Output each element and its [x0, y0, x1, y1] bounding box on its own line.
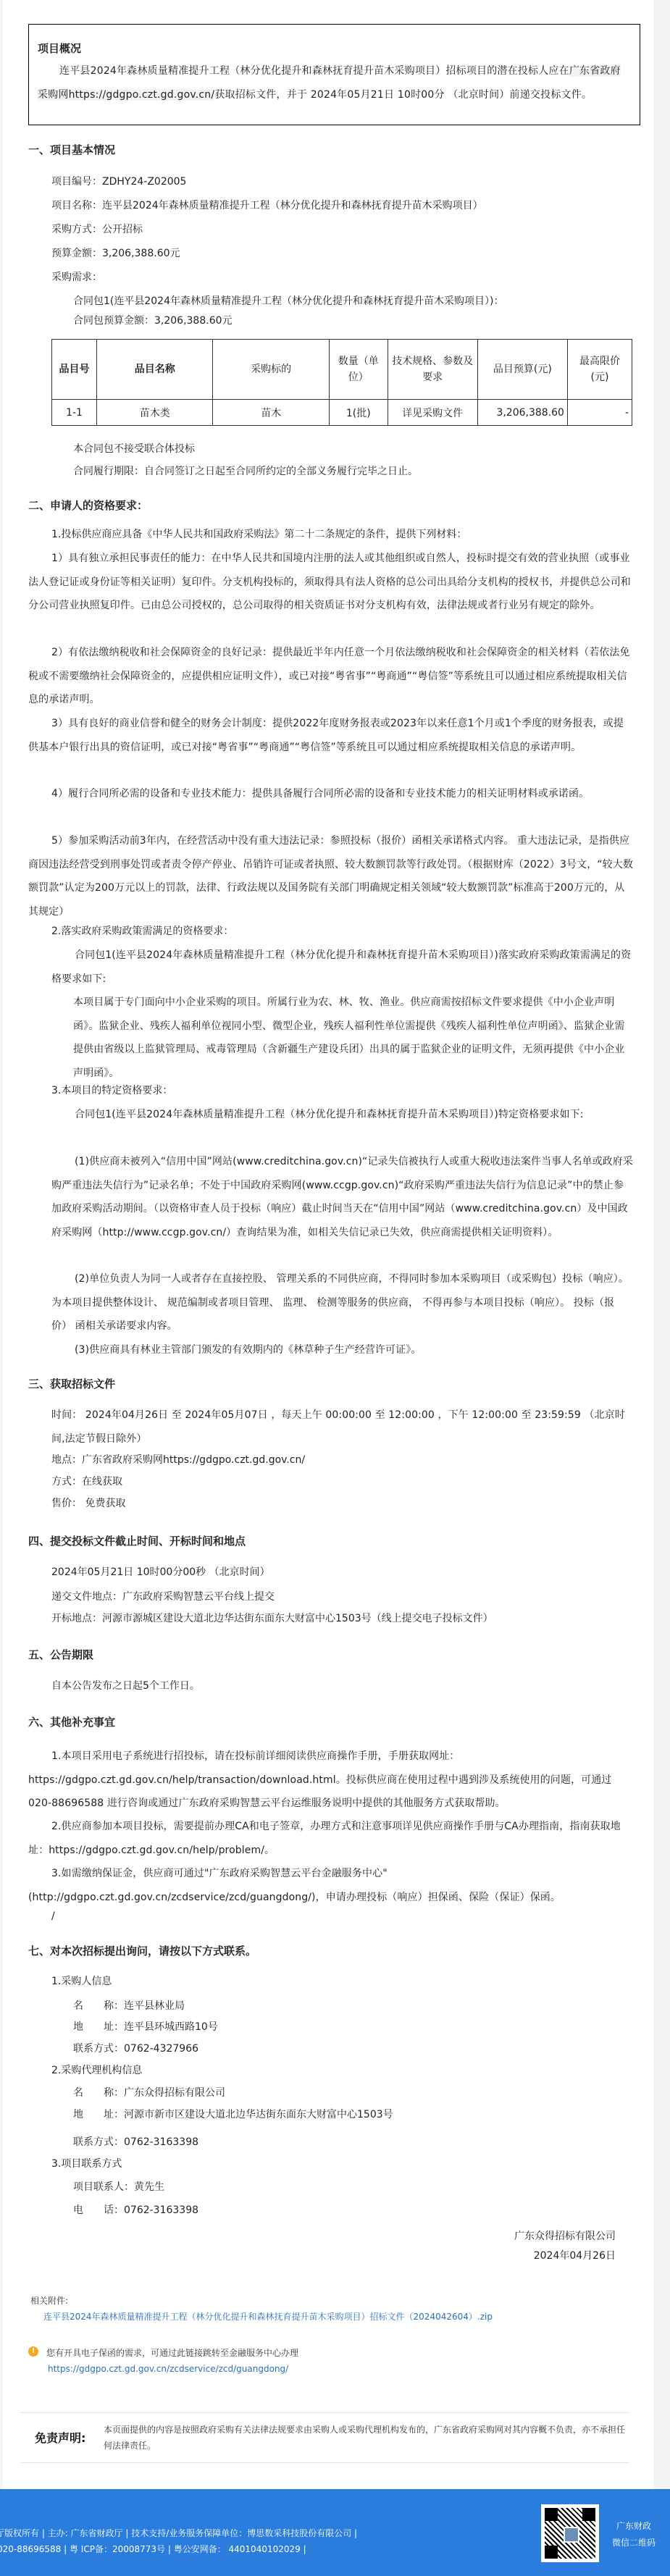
announcement-content: 项目概况 连平县2024年森林质量精准提升工程（林分优化提升和森林抚育提升苗木采… — [3, 0, 653, 2489]
qual-req-1-2: 2）有依法缴纳税收和社会保障资金的良好记录：提供最近半年内任意一个月依法缴纳税收… — [28, 641, 634, 712]
obtain-place: 地点：广东省政府采购网https://gdgpo.czt.gd.gov.cn/ — [51, 1452, 305, 1467]
qr-caption-line-2: 微信二维码 — [608, 2535, 659, 2551]
section-3-title: 三、获取招标文件 — [28, 1376, 115, 1391]
overview-text-a: 连平县2024年森林质量精准提升工程（林分优化提升和森林抚育提升苗木采购项目）招… — [59, 65, 569, 77]
cell-item-budget: 3,206,388.60 — [477, 400, 567, 426]
supplement-3: 3.如需缴纳保证金，供应商可通过"广东政府采购智慧云平台金融服务中心"(http… — [28, 1862, 634, 1909]
open-place: 开标地点：河源市源城区建设大道北边华达街东面东大财富中心1503号（线上提交电子… — [51, 1611, 493, 1625]
col-item-no: 品目号 — [52, 340, 97, 400]
cell-item-no: 1-1 — [52, 400, 97, 426]
footer-copyright: 厅版权所有 | 主办: 广东省财政厅 | 技术支持/业务服务保障单位：博思数采科… — [0, 2527, 357, 2539]
procurement-method: 采购方式：公开招标 — [51, 222, 143, 236]
agent-info-title: 2.采购代理机构信息 — [51, 2063, 142, 2077]
qual-req-3: 3.本项目的特定资格要求： — [51, 1083, 172, 1097]
disclaimer: 免责声明: 本页面提供的内容是按照政府采购有关法律法规要求由采购人或采购代理机构… — [20, 2412, 629, 2463]
col-spec: 技术规格、参数及要求 — [388, 340, 477, 400]
col-target: 采购标的 — [213, 340, 329, 400]
qual-req-2-text: 本项目属于专门面向中小企业采购的项目。所属行业为农、林、牧、渔业。供应商需按招标… — [73, 991, 634, 1085]
cell-max-price: - — [567, 400, 632, 426]
footer-icp: 020-88696588 | 粤 ICP备：20008773号 | 粤公安网备：… — [0, 2543, 306, 2555]
qr-code-icon — [545, 2508, 595, 2559]
budget-amount: 预算金额：3,206,388.60元 — [51, 246, 180, 260]
section-6-title: 六、其他补充事宜 — [28, 1714, 115, 1729]
buyer-info-title: 1.采购人信息 — [51, 1973, 112, 1988]
page: 项目概况 连平县2024年森林质量精准提升工程（林分优化提升和森林抚育提升苗木采… — [0, 0, 670, 2576]
qr-caption: 广东财政 微信二维码 — [608, 2518, 659, 2551]
finance-service-link[interactable]: https://gdgpo.czt.gd.gov.cn/zcdservice/z… — [48, 2364, 288, 2374]
supplement-slash: / — [51, 1910, 55, 1922]
col-max-price: 最高限价(元) — [567, 340, 632, 400]
e-guarantee-notice: 您有开具电子保函的需求，可通过此链接跳转至金融服务中心办理 — [46, 2346, 298, 2359]
section-7-title: 七、对本次招标提出询问，请按以下方式联系。 — [28, 1943, 256, 1958]
cell-target: 苗木 — [213, 400, 329, 426]
agent-address: 地 址：河源市新市区建设大道北边华达街东面东大财富中心1503号 — [73, 2107, 393, 2121]
project-number: 项目编号：ZDHY24-Z02005 — [51, 174, 186, 188]
qual-req-1-1: 1）具有独立承担民事责任的能力：在中华人民共和国境内注册的法人或其他组织或自然人… — [28, 547, 634, 618]
items-table: 品目号 品目名称 采购标的 数量（单位） 技术规格、参数及要求 品目预算(元) … — [51, 339, 632, 426]
attachments-label: 相关附件: — [30, 2294, 68, 2307]
section-1-title: 一、项目基本情况 — [28, 142, 115, 157]
contract-term: 合同履行期限：自合同签订之日起至合同所约定的全部义务履行完毕之日止。 — [73, 463, 418, 478]
site-footer: 厅版权所有 | 主办: 广东省财政厅 | 技术支持/业务服务保障单位：博思数采科… — [0, 2489, 670, 2576]
cell-item-name: 苗木类 — [97, 400, 213, 426]
qual-req-3-3: (3)供应商具有林业主管部门颁发的有效期内的《林草种子生产经营许可证》。 — [51, 1338, 634, 1362]
project-contact-title: 3.项目联系方式 — [51, 2156, 122, 2170]
supplement-2: 2.供应商参加本项目投标，需要提前办理CA和电子签章，办理方式和注意事项详见供应… — [28, 1815, 634, 1862]
buyer-name: 名 称：连平县林业局 — [73, 1998, 185, 2013]
project-contact-phone: 电 话：0762-3163398 — [73, 2202, 198, 2217]
qual-req-1-3: 3）具有良好的商业信誉和健全的财务会计制度：提供2022年度财务报表或2023年… — [28, 712, 634, 759]
obtain-price: 售价： 免费获取 — [51, 1495, 125, 1510]
obtain-method: 方式：在线获取 — [51, 1474, 122, 1488]
section-4-title: 四、提交投标文件截止时间、开标时间和地点 — [28, 1533, 246, 1548]
announcement-period: 自本公告发布之日起5个工作日。 — [51, 1678, 200, 1692]
table-row: 1-1 苗木类 苗木 1(批) 详见采购文件 3,206,388.60 - — [52, 400, 632, 426]
cell-spec: 详见采购文件 — [388, 400, 477, 426]
disclaimer-title: 免责声明: — [35, 2429, 85, 2446]
package-budget: 合同包预算金额：3,206,388.60元 — [73, 313, 233, 327]
qual-req-3-1: (1)供应商未被列入“信用中国”网站(www.creditchina.gov.c… — [51, 1150, 634, 1244]
qual-req-3-package: 合同包1(连平县2024年森林质量精准提升工程（林分优化提升和森林抚育提升苗木采… — [51, 1103, 634, 1127]
project-contact-person: 项目联系人：黄先生 — [73, 2179, 164, 2194]
overview-text: 连平县2024年森林质量精准提升工程（林分优化提升和森林抚育提升苗木采购项目）招… — [38, 59, 631, 107]
col-item-name: 品目名称 — [97, 340, 213, 400]
table-header-row: 品目号 品目名称 采购标的 数量（单位） 技术规格、参数及要求 品目预算(元) … — [52, 340, 632, 400]
col-item-budget: 品目预算(元) — [477, 340, 567, 400]
qual-req-2-package: 合同包1(连平县2024年森林质量精准提升工程（林分优化提升和森林抚育提升苗木采… — [51, 944, 634, 991]
project-overview-box: 项目概况 连平县2024年森林质量精准提升工程（林分优化提升和森林抚育提升苗木采… — [28, 24, 640, 125]
wechat-qr-code — [541, 2504, 599, 2562]
overview-text-c: 获取招标文件，并于 2024年05月21日 10时00分 （北京时间）前递交投标… — [214, 89, 592, 101]
qual-req-1-4: 4）履行合同所必需的设备和专业技术能力：提供具备履行合同所必需的设备和专业技术能… — [28, 782, 634, 806]
qual-req-3-2: (2)单位负责人为同一人或者存在直接控股、 管理关系的不同供应商，不得同时参加本… — [51, 1267, 634, 1338]
signature-org: 广东众得招标有限公司 — [514, 2228, 616, 2243]
procurement-demand: 采购需求： — [51, 269, 102, 284]
overview-title: 项目概况 — [38, 41, 631, 56]
cell-quantity: 1(批) — [329, 400, 388, 426]
agent-name: 名 称：广东众得招标有限公司 — [73, 2085, 225, 2099]
qr-caption-line-1: 广东财政 — [608, 2518, 659, 2535]
contract-package: 合同包1(连平县2024年森林质量精准提升工程（林分优化提升和森林抚育提升苗木采… — [73, 293, 503, 308]
supplement-1: 1.本项目采用电子系统进行招投标，请在投标前详细阅读供应商操作手册，手册获取网址… — [28, 1745, 634, 1816]
col-quantity: 数量（单位） — [329, 340, 388, 400]
section-5-title: 五、公告期限 — [28, 1647, 93, 1662]
qual-req-1: 1.投标供应商应具备《中华人民共和国政府采购法》第二十二条规定的条件，提供下列材… — [51, 526, 466, 541]
attachment-file-link[interactable]: 连平县2024年森林质量精准提升工程（林分优化提升和森林抚育提升苗木采购项目）招… — [43, 2310, 493, 2323]
bid-deadline: 2024年05月21日 10时00分00秒 （北京时间） — [51, 1564, 270, 1579]
no-consortium-note: 本合同包不接受联合体投标 — [73, 441, 195, 456]
project-name: 项目名称：连平县2024年森林质量精准提升工程（林分优化提升和森林抚育提升苗木采… — [51, 198, 483, 212]
agent-phone: 联系方式：0762-3163398 — [73, 2134, 198, 2149]
buyer-address: 地 址：连平县环城西路10号 — [73, 2019, 218, 2034]
signature-date: 2024年04月26日 — [534, 2248, 616, 2262]
page-gutter — [653, 0, 670, 2489]
warning-icon: ! — [28, 2346, 38, 2357]
qual-req-1-5: 5）参加采购活动前3年内，在经营活动中没有重大违法记录：参照投标（报价）函相关承… — [28, 829, 634, 923]
submit-place: 递交文件地点：广东政府采购智慧云平台线上提交 — [51, 1589, 275, 1603]
qual-req-2: 2.落实政府采购政策需满足的资格要求： — [51, 923, 233, 938]
obtain-time: 时间： 2024年04月26日 至 2024年05月07日 ，每天上午 00:0… — [51, 1404, 634, 1451]
buyer-phone: 联系方式：0762-4327966 — [73, 2041, 198, 2055]
section-2-title: 二、申请人的资格要求： — [28, 498, 148, 513]
disclaimer-text: 本页面提供的内容是按照政府采购有关法律法规要求由采购人或采购代理机构发布的，广东… — [104, 2422, 625, 2454]
